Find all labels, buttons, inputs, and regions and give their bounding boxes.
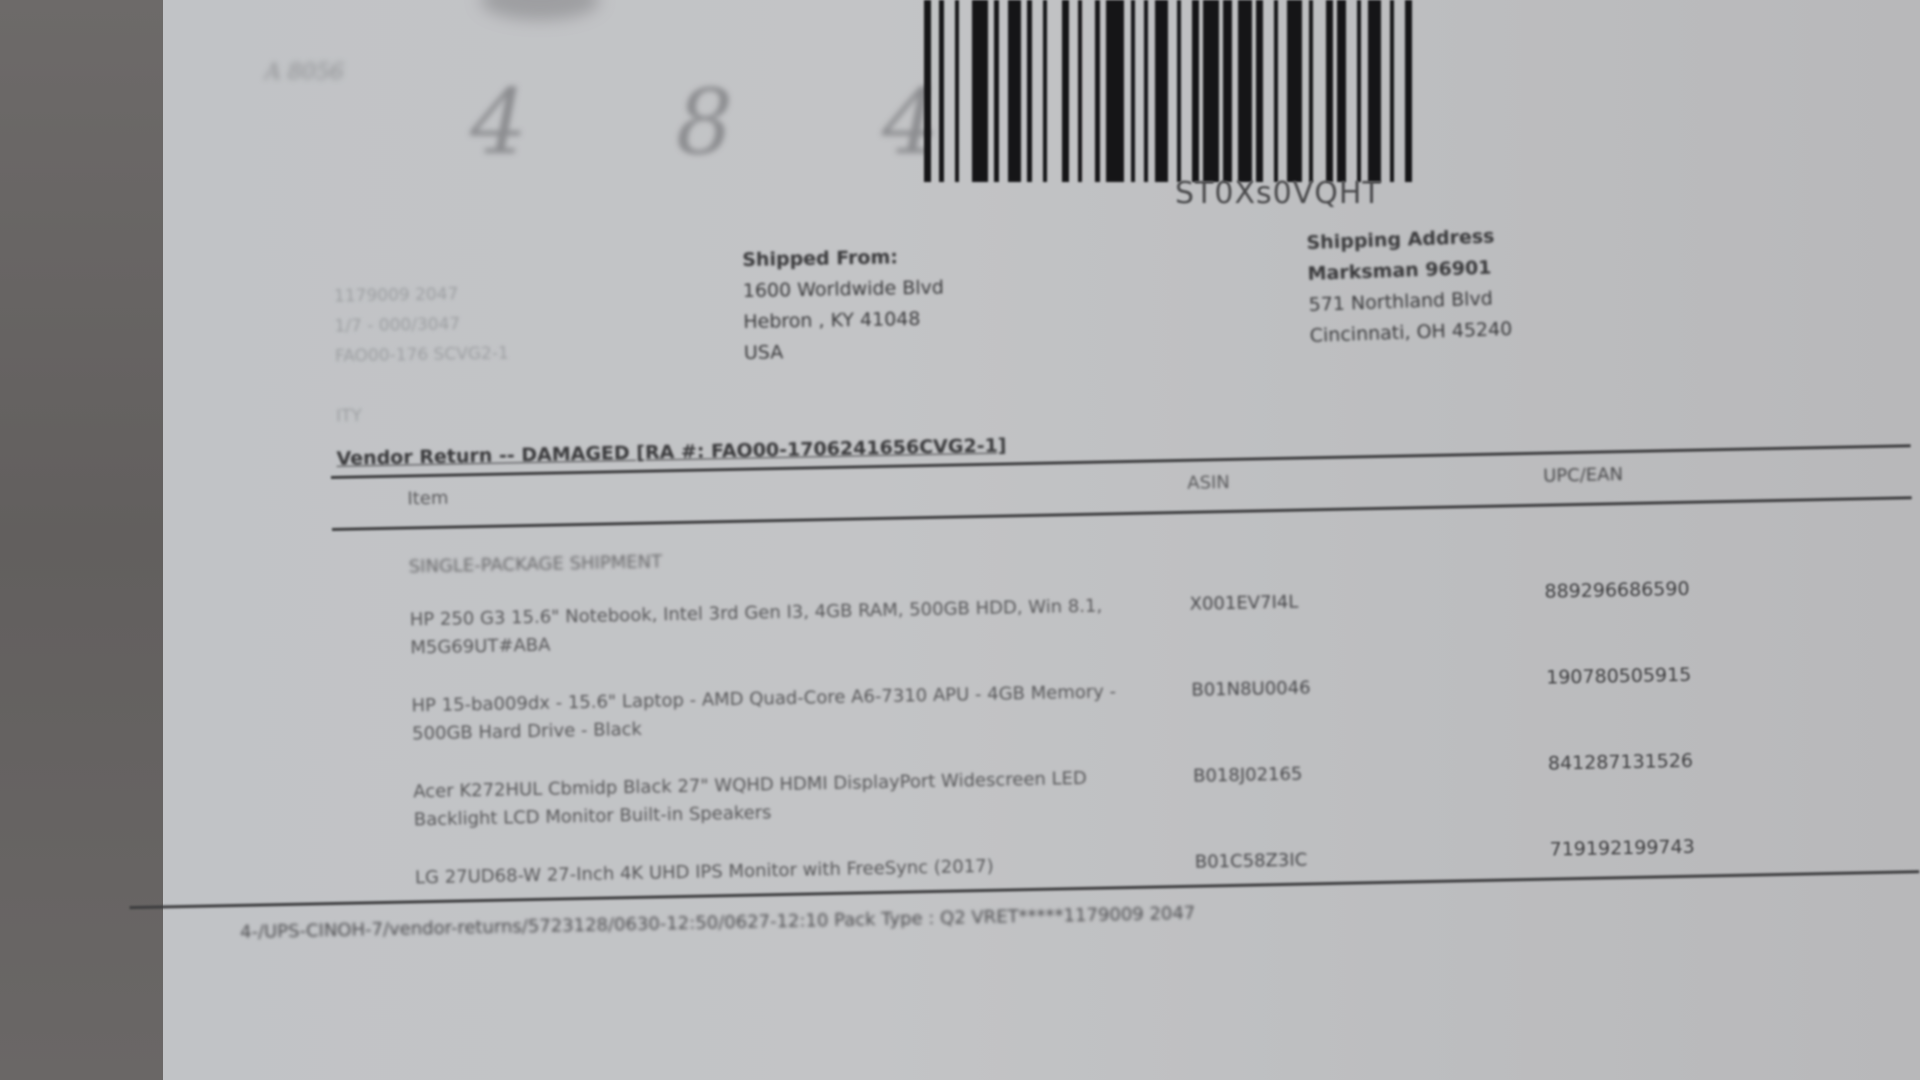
item-asin: B01C58Z3IC	[1195, 846, 1308, 876]
barcode-bar	[1008, 0, 1021, 182]
barcode-gap	[1047, 0, 1062, 182]
barcode-bar	[1155, 0, 1168, 182]
barcode-gap	[1021, 0, 1028, 182]
barcode-bar	[1368, 0, 1381, 182]
item-upc: 841287131526	[1548, 747, 1694, 778]
barcode-bar	[1326, 0, 1333, 182]
rule-header	[332, 496, 1912, 531]
barcode-gap	[1148, 0, 1155, 182]
section-label: SINGLE-PACKAGE SHIPMENT	[409, 551, 663, 577]
barcode-gap	[1100, 0, 1107, 182]
barcode-bar	[924, 0, 931, 182]
table-row: HP 250 G3 15.6" Notebook, Intel 3rd Gen …	[410, 577, 1890, 607]
barcode-gap	[1412, 0, 1416, 182]
barcode-gap	[1313, 0, 1326, 182]
barcode-gap	[988, 0, 995, 182]
barcode-bar	[1337, 0, 1346, 182]
barcode-gap	[1278, 0, 1287, 182]
column-upc: UPC/EAN	[1543, 464, 1623, 487]
barcode-bar	[1106, 0, 1124, 182]
item-asin: B018J02165	[1193, 761, 1303, 791]
item-table: Vendor Return -- DAMAGED [RA #: FAO00-17…	[330, 398, 1920, 970]
barcode-gap	[1361, 0, 1368, 182]
barcode-gap	[1232, 0, 1239, 182]
item-asin: B01N8U0046	[1191, 674, 1311, 704]
barcode-gap	[1302, 0, 1309, 182]
barcode-gap	[1346, 0, 1357, 182]
barcode-bar	[1192, 0, 1199, 182]
barcode-gap	[944, 0, 955, 182]
left-meta-line: FAO00-176 SCVG2-1	[335, 338, 509, 371]
barcode-gap	[959, 0, 972, 182]
barcode-gap	[1032, 0, 1043, 182]
shipped-from-heading: Shipped From:	[742, 241, 944, 276]
item-upc: 719192199743	[1549, 833, 1695, 864]
shipping-address-block: Shipping Address Marksman 96901 571 Nort…	[1306, 221, 1513, 352]
barcode-gap	[1124, 0, 1131, 182]
barcode-gap	[1181, 0, 1192, 182]
barcode-gap	[1263, 0, 1274, 182]
barcode-gap	[1069, 0, 1078, 182]
item-description: HP 250 G3 15.6" Notebook, Intel 3rd Gen …	[410, 591, 1171, 662]
table-surface	[0, 0, 163, 1080]
barcode-gap	[1135, 0, 1144, 182]
barcode-gap	[1082, 0, 1095, 182]
table-row: HP 15-ba009dx - 15.6" Laptop - AMD Quad-…	[411, 663, 1891, 693]
shipped-from-line: USA	[744, 334, 946, 369]
column-asin: ASIN	[1187, 472, 1230, 494]
left-meta-line	[335, 368, 509, 401]
barcode-gap	[931, 0, 940, 182]
barcode-bars	[924, 0, 1640, 182]
item-description: HP 15-ba009dx - 15.6" Laptop - AMD Quad-…	[411, 677, 1172, 748]
barcode-gap	[1168, 0, 1177, 182]
barcode-bar	[1256, 0, 1263, 182]
barcode-bar	[1203, 0, 1218, 182]
shipped-from-block: Shipped From: 1600 Worldwide Blvd Hebron…	[742, 241, 945, 368]
item-upc: 889296686590	[1544, 575, 1690, 606]
left-meta-line: 1/7 - 000/3047	[334, 308, 508, 341]
faint-top-text: A 8056	[265, 60, 344, 85]
table-row: Acer K272HUL Cbmidp Black 27" WQHD HDMI …	[413, 749, 1893, 779]
barcode-number: ST0Xs0VQHT	[1175, 176, 1382, 211]
barcode-bar	[1405, 0, 1412, 182]
left-meta-line: 1179009 2047	[334, 278, 508, 311]
left-meta: 1179009 20471/7 - 000/3047FAO00-176 SCVG…	[334, 278, 510, 431]
item-description: LG 27UD68-W 27-Inch 4K UHD IPS Monitor w…	[415, 849, 1175, 892]
item-asin: X001EV7I4L	[1189, 589, 1298, 619]
item-description: Acer K272HUL Cbmidp Black 27" WQHD HDMI …	[413, 763, 1174, 834]
barcode-gap	[999, 0, 1008, 182]
footer-routing: 4-/UPS-CINOH-7/vendor-returns/5723128/06…	[240, 903, 1196, 943]
item-upc: 190780505915	[1546, 661, 1692, 692]
table-row: LG 27UD68-W 27-Inch 4K UHD IPS Monitor w…	[415, 835, 1895, 865]
barcode-gap	[1394, 0, 1405, 182]
barcode-bar	[1223, 0, 1232, 182]
barcode-bar	[1287, 0, 1302, 182]
barcode-bar	[972, 0, 987, 182]
barcode: ST0Xs0VQHT	[920, 0, 1640, 215]
barcode-gap	[1381, 0, 1390, 182]
shipped-from-line: Hebron , KY 41048	[743, 303, 945, 338]
barcode-bar	[1238, 0, 1251, 182]
column-item: Item	[407, 488, 448, 510]
barcode-bar	[1062, 0, 1069, 182]
shipped-from-line: 1600 Worldwide Blvd	[743, 272, 945, 307]
